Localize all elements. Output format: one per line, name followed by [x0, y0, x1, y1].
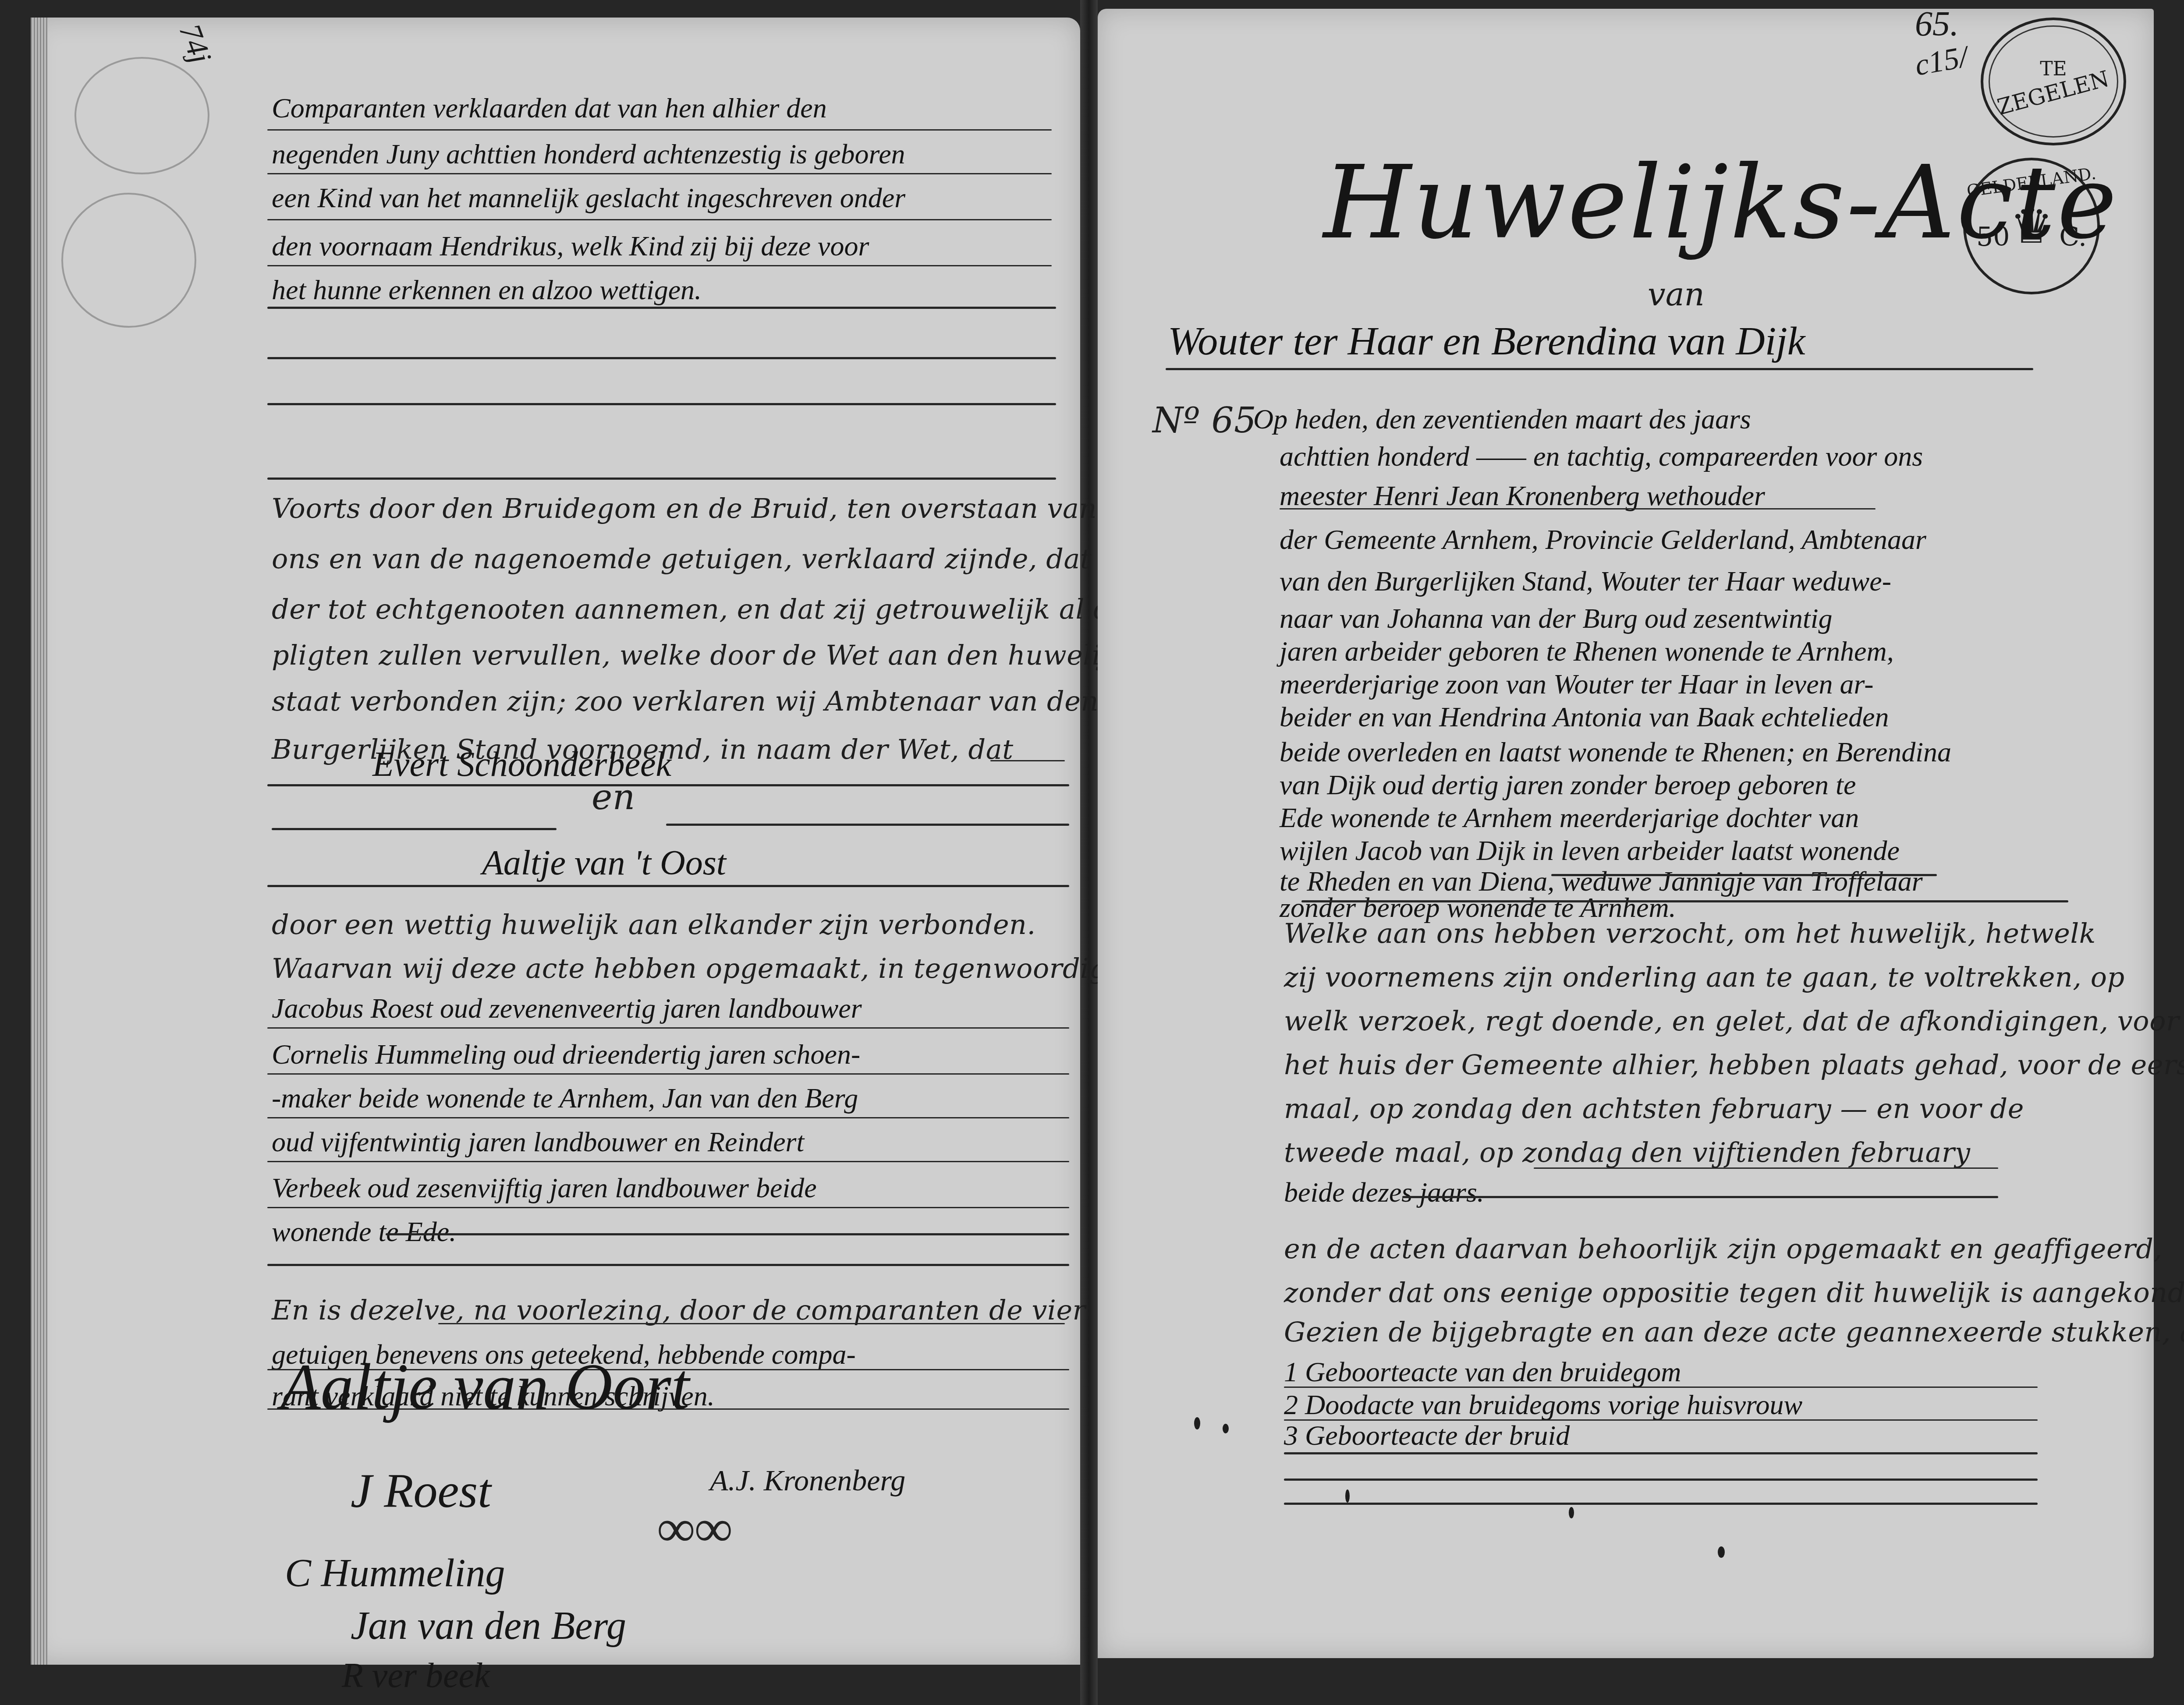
- body-line-6: naar van Johanna van der Burg oud zesent…: [1280, 605, 1833, 633]
- faint-seal-bottom-icon: [61, 193, 196, 328]
- request-line-3: welk verzoek, regt doende, en gelet, dat…: [1284, 1008, 2179, 1035]
- rule: [1284, 1387, 2038, 1388]
- bride-name: Aaltje van 't Oost: [482, 845, 726, 881]
- witness-line-5: Verbeek oud zesenvijftig jaren landbouwe…: [272, 1174, 817, 1202]
- rule: [990, 760, 1065, 761]
- body-line-3: meester Henri Jean Kronenberg wethouder: [1280, 482, 1765, 510]
- ink-spot: [1194, 1417, 1200, 1429]
- rule: [272, 828, 557, 830]
- legitimation-line-2: negenden Juny achttien honderd achtenzes…: [272, 140, 905, 168]
- connector-en: en: [592, 780, 635, 815]
- body-line-10: beide overleden en laatst wonende te Rhe…: [1280, 738, 1951, 766]
- request-line-7: beide dezes jaars.: [1284, 1178, 1484, 1206]
- witness-line-2: Cornelis Hummeling oud drieendertig jare…: [272, 1040, 860, 1068]
- signature-witness-verbeek: R ver beek: [342, 1656, 490, 1696]
- signature-witness-hummeling: C Hummeling: [285, 1551, 505, 1596]
- rule: [267, 173, 1052, 174]
- witness-line-6: wonende te Ede.: [272, 1218, 456, 1246]
- request-line-6: tweede maal, op zondag den vijftienden f…: [1284, 1139, 1971, 1166]
- book-gutter: [1080, 0, 1098, 1705]
- folio-number: 65.: [1915, 4, 1959, 44]
- declaration-line-4: pligten zullen vervullen, welke door de …: [272, 642, 1160, 669]
- signature-witness-van-den-berg: Jan van den Berg: [351, 1603, 626, 1648]
- signature-witness-roest: J Roest: [351, 1463, 491, 1519]
- legitimation-line-4: den voornaam Hendrikus, welk Kind zij bi…: [272, 232, 869, 260]
- declaration-line-3: der tot echtgenooten aannemen, en dat zi…: [272, 596, 1127, 623]
- rule: [267, 357, 1056, 359]
- rule: [1284, 1479, 2038, 1481]
- rule: [267, 1027, 1069, 1029]
- rule: [267, 403, 1056, 405]
- rule: [1280, 508, 1876, 509]
- attached-doc-1: 1 Geboorteacte van den bruidegom: [1284, 1358, 1681, 1386]
- rule: [1301, 900, 2068, 902]
- declaration-line-1: Voorts door den Bruidegom en de Bruid, t…: [272, 495, 1097, 522]
- rule: [267, 1073, 1069, 1075]
- te-zegelen-stamp-icon: TE ZEGELEN: [1981, 18, 2126, 145]
- ink-spot: [1345, 1489, 1350, 1503]
- acts-line-3: Gezien de bijgebragte en aan deze acte g…: [1284, 1319, 2184, 1346]
- rule: [267, 219, 1052, 220]
- rule: [666, 824, 1069, 826]
- acts-line-1: en de acten daarvan behoorlijk zijn opge…: [1284, 1235, 2163, 1263]
- faint-seal-top-icon: [74, 57, 209, 174]
- rule: [1284, 1503, 2038, 1505]
- rule: [267, 307, 1056, 309]
- rule: [267, 265, 1052, 266]
- request-line-5: maal, op zondag den achtsten february — …: [1284, 1095, 2024, 1122]
- attached-doc-2: 2 Doodacte van bruidegoms vorige huisvro…: [1284, 1391, 1802, 1419]
- declaration-line-2: ons en van de nagenoemde getuigen, verkl…: [272, 545, 1227, 573]
- rule: [267, 885, 1069, 887]
- request-line-4: het huis der Gemeente alhier, hebben pla…: [1284, 1051, 2184, 1079]
- rule: [267, 478, 1056, 480]
- rule: [386, 1233, 1069, 1235]
- signature-bride: Aaltje van Oort: [280, 1349, 689, 1425]
- rule: [1534, 1167, 1998, 1169]
- couple-names-header: Wouter ter Haar en Berendina van Dijk: [1168, 318, 1805, 364]
- body-line-14: te Rheden en van Diena, weduwe Jannigje …: [1280, 867, 1923, 895]
- closing-line-1: En is dezelve, na voorlezing, door de co…: [272, 1297, 1086, 1324]
- body-line-1: Op heden, den zeventienden maart des jaa…: [1253, 405, 1751, 433]
- legitimation-line-1: Comparanten verklaarden dat van hen alhi…: [272, 94, 827, 122]
- body-line-11: van Dijk oud dertig jaren zonder beroep …: [1280, 771, 1856, 799]
- witness-line-4: oud vijfentwintig jaren landbouwer en Re…: [272, 1128, 804, 1156]
- rule: [267, 129, 1052, 131]
- rule: [267, 784, 1069, 786]
- official-flourish: ∞∞: [657, 1498, 732, 1559]
- body-line-2: achttien honderd —— en tachtig, comparee…: [1280, 442, 1923, 470]
- declaration-line-5: staat verbonden zijn; zoo verklaren wij …: [272, 688, 1099, 715]
- signature-official: A.J. Kronenberg: [710, 1463, 905, 1498]
- rule: [267, 1161, 1069, 1162]
- body-line-12: Ede wonende te Arnhem meerderjarige doch…: [1280, 804, 1859, 832]
- witness-line-1: Jacobus Roest oud zevenenveertig jaren l…: [272, 994, 862, 1022]
- document-title: Huwelijks-Acte: [1323, 145, 2119, 262]
- rule: [1284, 1452, 2038, 1454]
- legitimation-line-3: een Kind van het mannelijk geslacht inge…: [272, 184, 905, 212]
- rule: [267, 1264, 1069, 1266]
- ink-spot: [1569, 1507, 1574, 1518]
- ink-spot: [1718, 1546, 1725, 1558]
- witness-line-3: -maker beide wonende te Arnhem, Jan van …: [272, 1084, 858, 1112]
- body-line-8: meerderjarige zoon van Wouter ter Haar i…: [1280, 670, 1874, 698]
- request-line-2: zij voornemens zijn onderling aan te gaa…: [1284, 964, 2125, 991]
- body-line-5: van den Burgerlijken Stand, Wouter ter H…: [1280, 567, 1891, 595]
- rule: [267, 1117, 1069, 1118]
- body-line-4: der Gemeente Arnhem, Provincie Gelderlan…: [1280, 526, 1926, 554]
- witness-intro: Waarvan wij deze acte hebben opgemaakt, …: [272, 955, 1226, 982]
- body-line-7: jaren arbeider geboren te Rhenen wonende…: [1280, 637, 1894, 665]
- legitimation-line-5: het hunne erkennen en alzoo wettigen.: [272, 276, 702, 304]
- title-sub: van: [1648, 276, 1705, 313]
- attached-doc-3: 3 Geboorteacte der bruid: [1284, 1422, 1570, 1450]
- acts-line-2: zonder dat ons eenige oppositie tegen di…: [1284, 1279, 2184, 1306]
- rule: [267, 1207, 1069, 1208]
- bond-line: door een wettig huwelijk aan elkander zi…: [272, 911, 1036, 938]
- body-line-13: wijlen Jacob van Dijk in leven arbeider …: [1280, 837, 1900, 865]
- rule: [1402, 1196, 1998, 1198]
- body-line-9: beider en van Hendrina Antonia van Baak …: [1280, 703, 1889, 731]
- act-number: Nº 65: [1152, 403, 1256, 438]
- request-line-1: Welke aan ons hebben verzocht, om het hu…: [1284, 920, 2096, 947]
- rule: [1166, 368, 2033, 370]
- ink-spot: [1223, 1424, 1229, 1433]
- rule: [1551, 874, 1937, 876]
- page-edges-stack: [31, 18, 47, 1665]
- rule: [438, 1323, 1065, 1324]
